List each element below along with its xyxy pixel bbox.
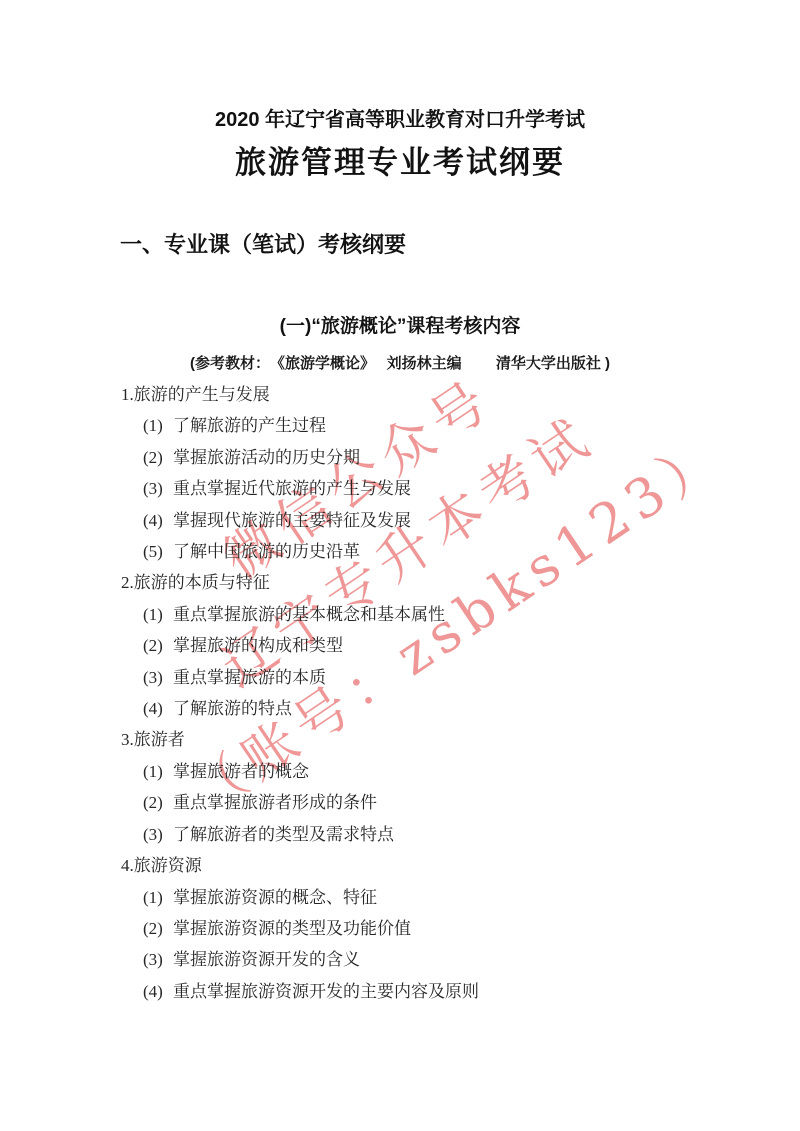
item-number: (2) <box>143 630 167 661</box>
item-text: 重点掌握旅游者形成的条件 <box>173 793 377 812</box>
outline-item: (4)掌握现代旅游的主要特征及发展 <box>143 505 800 536</box>
item-number: (1) <box>143 599 167 630</box>
outline-item: (2)重点掌握旅游者形成的条件 <box>143 787 800 818</box>
document-content: 2020 年辽宁省高等职业教育对口升学考试 旅游管理专业考试纲要 一、专业课（笔… <box>0 0 800 1131</box>
exam-header-line: 2020 年辽宁省高等职业教育对口升学考试 <box>0 103 800 132</box>
outline-item: (1)掌握旅游者的概念 <box>143 756 800 787</box>
item-text: 重点掌握旅游的基本概念和基本属性 <box>173 605 445 624</box>
outline-group-title: 2.旅游的本质与特征 <box>121 567 800 598</box>
document-title: 旅游管理专业考试纲要 <box>0 137 800 182</box>
item-number: (2) <box>143 442 167 473</box>
reference-textbook-line: (参考教材： 《旅游学概论》 刘扬林主编 清华大学出版社 ) <box>0 352 800 373</box>
item-number: (3) <box>143 944 167 975</box>
item-number: (2) <box>143 913 167 944</box>
outline-item: (2)掌握旅游活动的历史分期 <box>143 442 800 473</box>
outline: 1.旅游的产生与发展(1)了解旅游的产生过程(2)掌握旅游活动的历史分期(3)重… <box>0 379 800 1007</box>
outline-item: (4)了解旅游的特点 <box>143 693 800 724</box>
item-text: 掌握现代旅游的主要特征及发展 <box>173 511 411 530</box>
group-label: 旅游资源 <box>134 856 202 875</box>
outline-item: (3)重点掌握近代旅游的产生与发展 <box>143 473 800 504</box>
item-text: 重点掌握旅游的本质 <box>173 668 326 687</box>
outline-item: (3)重点掌握旅游的本质 <box>143 662 800 693</box>
document-page: 微信公众号 辽宁专升本考试 （账号：zsbks123） 2020 年辽宁省高等职… <box>0 0 800 1131</box>
item-text: 掌握旅游资源开发的含义 <box>173 950 360 969</box>
outline-group-title: 3.旅游者 <box>121 724 800 755</box>
outline-item: (1)重点掌握旅游的基本概念和基本属性 <box>143 599 800 630</box>
item-number: (1) <box>143 756 167 787</box>
item-number: (5) <box>143 536 167 567</box>
group-label: 旅游的本质与特征 <box>134 573 270 592</box>
outline-item: (3)掌握旅游资源开发的含义 <box>143 944 800 975</box>
item-text: 了解旅游的产生过程 <box>173 416 326 435</box>
outline-item: (2)掌握旅游的构成和类型 <box>143 630 800 661</box>
outline-item: (2)掌握旅游资源的类型及功能价值 <box>143 913 800 944</box>
item-text: 掌握旅游的构成和类型 <box>173 636 343 655</box>
section-heading: 一、专业课（笔试）考核纲要 <box>120 228 406 259</box>
item-text: 了解旅游者的类型及需求特点 <box>173 825 394 844</box>
item-number: (1) <box>143 410 167 441</box>
group-label: 旅游者 <box>134 730 185 749</box>
group-number: 2. <box>121 573 134 592</box>
outline-item: (3)了解旅游者的类型及需求特点 <box>143 819 800 850</box>
item-text: 重点掌握近代旅游的产生与发展 <box>173 479 411 498</box>
item-text: 掌握旅游资源的类型及功能价值 <box>173 919 411 938</box>
group-number: 4. <box>121 856 134 875</box>
outline-item: (5)了解中国旅游的历史沿革 <box>143 536 800 567</box>
item-text: 了解旅游的特点 <box>173 699 292 718</box>
group-number: 3. <box>121 730 134 749</box>
subsection-heading: (一)“旅游概论”课程考核内容 <box>0 311 800 338</box>
group-label: 旅游的产生与发展 <box>134 385 270 404</box>
item-number: (1) <box>143 882 167 913</box>
item-text: 重点掌握旅游资源开发的主要内容及原则 <box>173 982 479 1001</box>
item-number: (3) <box>143 473 167 504</box>
outline-item: (1)了解旅游的产生过程 <box>143 410 800 441</box>
item-number: (4) <box>143 505 167 536</box>
outline-group-title: 1.旅游的产生与发展 <box>121 379 800 410</box>
item-text: 了解中国旅游的历史沿革 <box>173 542 360 561</box>
item-number: (2) <box>143 787 167 818</box>
item-text: 掌握旅游者的概念 <box>173 762 309 781</box>
item-number: (3) <box>143 819 167 850</box>
outline-group-title: 4.旅游资源 <box>121 850 800 881</box>
item-text: 掌握旅游资源的概念、特征 <box>173 888 377 907</box>
item-text: 掌握旅游活动的历史分期 <box>173 448 360 467</box>
item-number: (4) <box>143 976 167 1007</box>
item-number: (3) <box>143 662 167 693</box>
group-number: 1. <box>121 385 134 404</box>
outline-item: (4)重点掌握旅游资源开发的主要内容及原则 <box>143 976 800 1007</box>
outline-item: (1)掌握旅游资源的概念、特征 <box>143 882 800 913</box>
item-number: (4) <box>143 693 167 724</box>
